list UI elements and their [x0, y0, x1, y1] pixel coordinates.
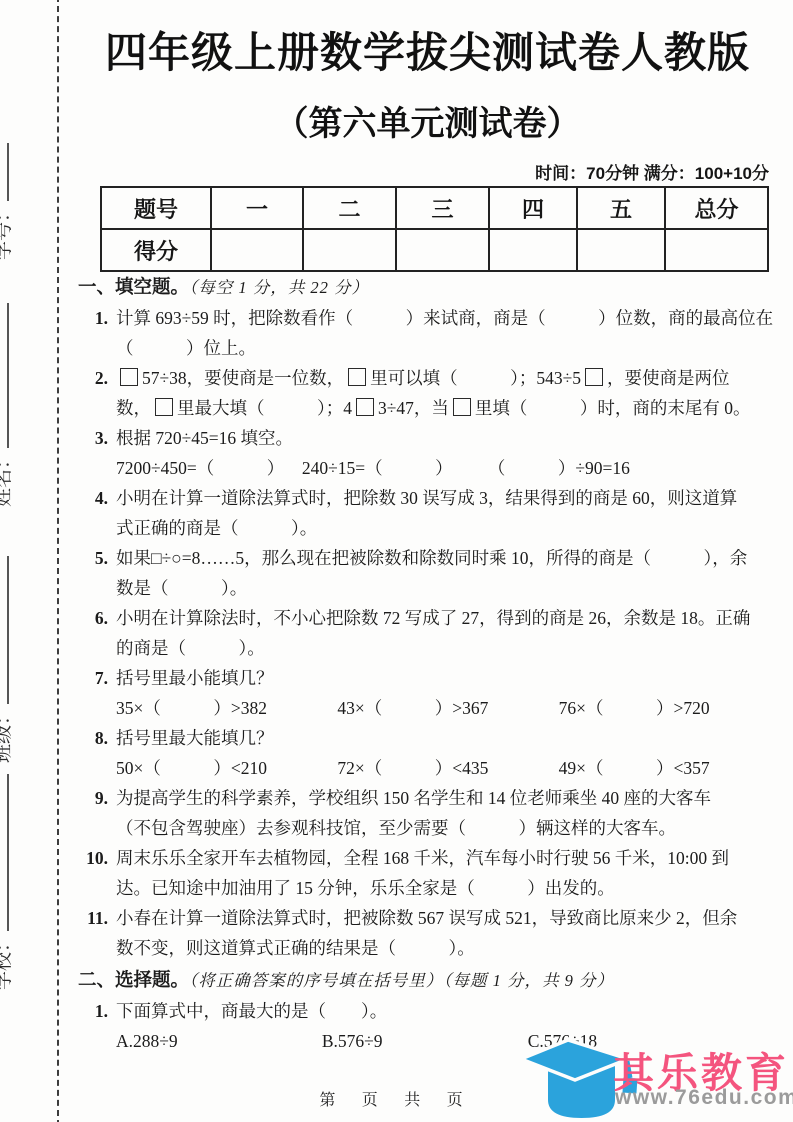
score-cell — [577, 229, 665, 271]
page-subtitle: （第六单元测试卷） — [70, 96, 785, 145]
question-line: 如果□÷○=8……5，那么现在把被除数和除数同时乘 10，所得的商是（ ），余 — [116, 543, 780, 573]
question-line: 57÷38，要使商是一位数，里可以填（ ）；543÷5，要使商是两位 — [116, 363, 780, 393]
question-line: 下面算式中，商最大的是（ ）。 — [116, 996, 780, 1026]
score-cell — [211, 229, 303, 271]
question-number: 7. — [78, 663, 116, 723]
equation-item: 49×（ ）<357 — [559, 753, 780, 783]
score-table: 题号 一 二 三 四 五 总分 得分 — [100, 186, 769, 272]
question-line: 为提高学生的科学素养，学校组织 150 名学生和 14 位老师乘坐 40 座的大… — [116, 783, 780, 813]
question-line: 达。已知途中加油用了 15 分钟，乐乐全家是（ ）出发的。 — [116, 873, 780, 903]
score-col-2: 二 — [303, 187, 396, 229]
section-2-note: （将正确答案的序号填在括号里）（每题 1 分，共 9 分） — [189, 971, 614, 990]
score-col-3: 三 — [396, 187, 489, 229]
question-7: 7. 括号里最小能填几？ 35×（ ）>382 43×（ ）>367 76×（ … — [78, 663, 780, 723]
question-6: 6. 小明在计算除法时，不小心把除数 72 写成了 27，得到的商是 26，余数… — [78, 603, 780, 663]
equation-item: 50×（ ）<210 — [116, 753, 337, 783]
score-col-1: 一 — [211, 187, 303, 229]
question-line: 数是（ ）。 — [116, 573, 780, 603]
question-number: 11. — [78, 903, 116, 963]
sidebar-field-label: 学号： — [0, 203, 14, 260]
inline-blank-box — [585, 368, 603, 386]
sidebar-field-label: 班级： — [0, 706, 14, 763]
sidebar-field-label: 姓名： — [0, 450, 14, 507]
score-col-4: 四 — [489, 187, 577, 229]
question-line: 括号里最大能填几？ — [116, 723, 780, 753]
inline-blank-box — [453, 398, 471, 416]
sidebar-field-student-id: 学号： — [0, 143, 16, 260]
question-number: 4. — [78, 483, 116, 543]
score-cell — [303, 229, 396, 271]
question-line: 式正确的商是（ ）。 — [116, 513, 780, 543]
question-line: （不包含驾驶座）去参观科技馆，至少需要（ ）辆这样的大客车。 — [116, 813, 780, 843]
section-1-heading: 一、填空题。（每空 1 分，共 22 分） — [78, 273, 780, 303]
question-line: 数不变，则这道算式正确的结果是（ ）。 — [116, 933, 780, 963]
option-item-a: A.288÷9 — [116, 1026, 322, 1056]
equation-item: （ ）÷90=16 — [488, 453, 674, 483]
sidebar-field-name: 姓名： — [0, 303, 16, 507]
section-2-title: 二、选择题。 — [78, 971, 189, 991]
question-line: 根据 720÷45=16 填空。 — [116, 423, 780, 453]
exam-page: 学号： 姓名： 班级： 学校： 四年级上册数学拔尖测试卷人教版 （第六单元测试卷… — [0, 0, 793, 1122]
blank-line — [0, 556, 9, 704]
question-line: 计算 693÷59 时，把除数看作（ ）来试商，商是（ ）位数，商的最高位在 — [116, 303, 780, 333]
question-number: 6. — [78, 603, 116, 663]
brand-url: www.76edu.com — [615, 1086, 793, 1110]
score-cell — [396, 229, 489, 271]
question-3: 3. 根据 720÷45=16 填空。 7200÷450=（ ） 240÷15=… — [78, 423, 780, 483]
equation-item: 7200÷450=（ ） — [116, 453, 302, 483]
score-col-5: 五 — [577, 187, 665, 229]
question-9: 9. 为提高学生的科学素养，学校组织 150 名学生和 14 位老师乘坐 40 … — [78, 783, 780, 843]
question-line: 小春在计算一道除法算式时，把被除数 567 误写成 521，导致商比原来少 2，… — [116, 903, 780, 933]
question-equation-row: 35×（ ）>382 43×（ ）>367 76×（ ）>720 — [116, 693, 780, 723]
sidebar-field-class: 班级： — [0, 556, 16, 763]
question-1: 1. 计算 693÷59 时，把除数看作（ ）来试商，商是（ ）位数，商的最高位… — [78, 303, 780, 363]
question-line: （ ）位上。 — [116, 333, 780, 363]
question-line: 周末乐乐全家开车去植物园，全程 168 千米，汽车每小时行驶 56 千米，10:… — [116, 843, 780, 873]
question-10: 10. 周末乐乐全家开车去植物园，全程 168 千米，汽车每小时行驶 56 千米… — [78, 843, 780, 903]
inline-blank-box — [356, 398, 374, 416]
seal-dashed-line — [57, 0, 59, 1122]
section-2-heading: 二、选择题。（将正确答案的序号填在括号里）（每题 1 分，共 9 分） — [78, 966, 780, 996]
question-number: 1. — [78, 303, 116, 363]
brand-logo: 其乐教育 www.76edu.com — [503, 1032, 793, 1122]
score-cell — [665, 229, 768, 271]
question-number: 3. — [78, 423, 116, 483]
score-table-score-row: 得分 — [101, 229, 768, 271]
question-5: 5. 如果□÷○=8……5，那么现在把被除数和除数同时乘 10，所得的商是（ ）… — [78, 543, 780, 603]
score-table-corner: 题号 — [101, 187, 211, 229]
page-title: 四年级上册数学拔尖测试卷人教版 — [70, 20, 785, 80]
exam-meta: 时间：70分钟 满分：100+10分 — [535, 159, 769, 184]
question-8: 8. 括号里最大能填几？ 50×（ ）<210 72×（ ）<435 49×（ … — [78, 723, 780, 783]
question-line: 小明在计算一道除法算式时，把除数 30 误写成 3，结果得到的商是 60，则这道… — [116, 483, 780, 513]
question-number: 5. — [78, 543, 116, 603]
equation-item: 240÷15=（ ） — [302, 453, 488, 483]
question-11: 11. 小春在计算一道除法算式时，把被除数 567 误写成 521，导致商比原来… — [78, 903, 780, 963]
question-4: 4. 小明在计算一道除法算式时，把除数 30 误写成 3，结果得到的商是 60，… — [78, 483, 780, 543]
section-1-title: 一、填空题。 — [78, 278, 189, 298]
score-col-total: 总分 — [665, 187, 768, 229]
score-row-label: 得分 — [101, 229, 211, 271]
sidebar-field-label: 学校： — [0, 933, 14, 990]
score-cell — [489, 229, 577, 271]
inline-blank-box — [348, 368, 366, 386]
question-line: 括号里最小能填几？ — [116, 663, 780, 693]
question-line: 小明在计算除法时，不小心把除数 72 写成了 27，得到的商是 26，余数是 1… — [116, 603, 780, 633]
exam-body: 一、填空题。（每空 1 分，共 22 分） 1. 计算 693÷59 时，把除数… — [78, 273, 780, 1056]
question-number: 9. — [78, 783, 116, 843]
inline-blank-box — [155, 398, 173, 416]
score-table-header-row: 题号 一 二 三 四 五 总分 — [101, 187, 768, 229]
question-line: 的商是（ ）。 — [116, 633, 780, 663]
equation-item: 72×（ ）<435 — [337, 753, 558, 783]
question-number: 2. — [78, 363, 116, 423]
sidebar-field-school: 学校： — [0, 774, 16, 990]
question-number: 10. — [78, 843, 116, 903]
question-number: 8. — [78, 723, 116, 783]
header: 四年级上册数学拔尖测试卷人教版 （第六单元测试卷） — [70, 20, 785, 145]
equation-item: 43×（ ）>367 — [337, 693, 558, 723]
blank-line — [0, 774, 9, 931]
equation-item: 76×（ ）>720 — [559, 693, 780, 723]
inline-blank-box — [120, 368, 138, 386]
blank-line — [0, 303, 9, 448]
question-number: 1. — [78, 996, 116, 1056]
option-item-b: B.576÷9 — [322, 1026, 528, 1056]
section-1-note: （每空 1 分，共 22 分） — [189, 278, 369, 297]
blank-line — [0, 143, 9, 201]
question-equation-row: 50×（ ）<210 72×（ ）<435 49×（ ）<357 — [116, 753, 780, 783]
question-line: 数，里最大填（ ）；43÷47，当里填（ ）时，商的末尾有 0。 — [116, 393, 780, 423]
question-equation-row: 7200÷450=（ ） 240÷15=（ ） （ ）÷90=16 — [116, 453, 674, 483]
question-2: 2. 57÷38，要使商是一位数，里可以填（ ）；543÷5，要使商是两位 数，… — [78, 363, 780, 423]
equation-item: 35×（ ）>382 — [116, 693, 337, 723]
